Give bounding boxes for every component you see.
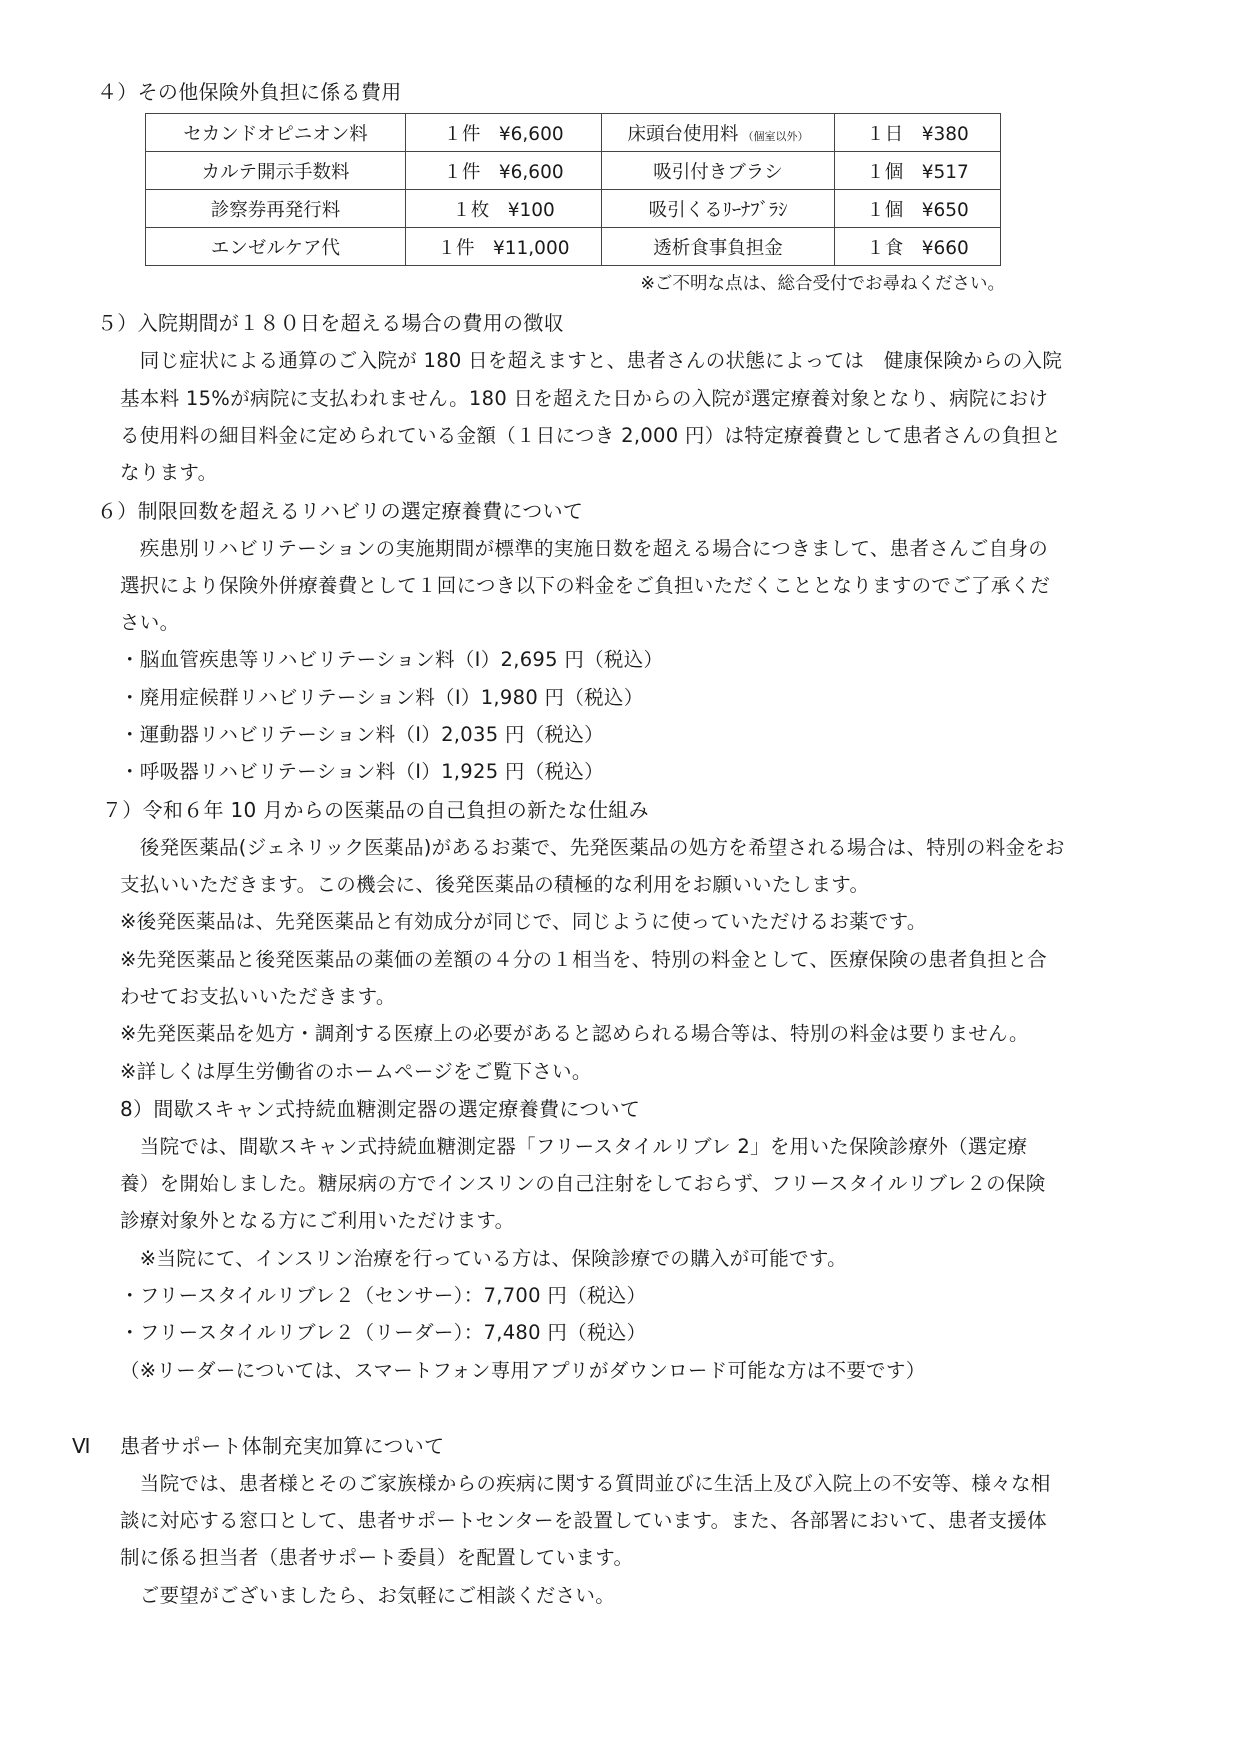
note-line: ※先発医薬品と後発医薬品の薬価の差額の４分の１相当を、特別の料金として、医療保険… <box>120 948 1047 972</box>
paragraph-line: 談に対応する窓口として、患者サポートセンターを設置しています。また、各部署におい… <box>120 1509 1047 1533</box>
fees-table: セカンドオピニオン料 １件 ¥6,600 床頭台使用料（個室以外） １日 ¥38… <box>145 113 1001 266</box>
section-vi-heading: 患者サポート体制充実加算について <box>120 1434 444 1458</box>
table-cell-item: 吸引くるﾘｰﾅﾌﾞﾗｼ <box>602 190 835 228</box>
item-label: 床頭台使用料 <box>627 124 738 145</box>
paragraph-line: 選択により保険外併療養費として１回につき以下の料金をご負担いただくこととなります… <box>120 574 1050 598</box>
table-cell-item: 診察券再発行料 <box>146 190 406 228</box>
section-vi-numeral: Ⅵ <box>72 1434 91 1458</box>
paragraph-line: ご要望がございましたら、お気軽にご相談ください。 <box>120 1584 615 1608</box>
section-4-heading: ４）その他保険外負担に係る費用 <box>97 80 402 104</box>
table-cell-price: １日 ¥380 <box>835 114 1001 152</box>
table-row: エンゼルケア代 １件 ¥11,000 透析食事負担金 １食 ¥660 <box>146 228 1001 266</box>
table-cell-item: 床頭台使用料（個室以外） <box>602 114 835 152</box>
table-cell-item: カルテ開示手数料 <box>146 152 406 190</box>
table-row: カルテ開示手数料 １件 ¥6,600 吸引付きブラシ １個 ¥517 <box>146 152 1001 190</box>
paragraph-line: 基本料 15%が病院に支払われません。180 日を超えた日からの入院が選定療養対… <box>120 387 1048 411</box>
paragraph-line: 当院では、間歇スキャン式持続血糖測定器「フリースタイルリブレ 2」を用いた保険診… <box>120 1135 1027 1159</box>
fee-list-item: ・フリースタイルリブレ２（センサー）：7,700 円（税込） <box>120 1284 646 1308</box>
table-cell-price: １件 ¥6,600 <box>406 152 602 190</box>
paragraph-line: 診療対象外となる方にご利用いただけます。 <box>120 1209 514 1233</box>
table-cell-price: １枚 ¥100 <box>406 190 602 228</box>
table-cell-price: １個 ¥517 <box>835 152 1001 190</box>
paragraph-line: 養）を開始しました。糖尿病の方でインスリンの自己注射をしておらず、フリースタイル… <box>120 1172 1046 1196</box>
paragraph-line: 後発医薬品(ジェネリック医薬品)があるお薬で、先発医薬品の処方を希望される場合は… <box>120 836 1065 860</box>
section-8-heading: 8）間歇スキャン式持続血糖測定器の選定療養費について <box>120 1097 640 1121</box>
table-cell-price: １食 ¥660 <box>835 228 1001 266</box>
note-line: わせてお支払いいただきます。 <box>120 985 396 1009</box>
note-line: ※先発医薬品を処方・調剤する医療上の必要があると認められる場合等は、特別の料金は… <box>120 1022 1029 1046</box>
document-page: ４）その他保険外負担に係る費用 セカンドオピニオン料 １件 ¥6,600 床頭台… <box>0 0 1241 1755</box>
paragraph-line: なります。 <box>120 461 217 485</box>
table-cell-item: 吸引付きブラシ <box>602 152 835 190</box>
table-cell-price: １件 ¥6,600 <box>406 114 602 152</box>
table-cell-price: １件 ¥11,000 <box>406 228 602 266</box>
paragraph-line: 疾患別リハビリテーションの実施期間が標準的実施日数を超える場合につきまして、患者… <box>120 537 1048 561</box>
paragraph-line: 当院では、患者様とそのご家族様からの疾病に関する質問並びに生活上及び入院上の不安… <box>120 1472 1051 1496</box>
paragraph-line: さい。 <box>120 611 179 635</box>
note-line: ※詳しくは厚生労働省のホームページをご覧下さい。 <box>120 1060 592 1084</box>
note-line: ※後発医薬品は、先発医薬品と有効成分が同じで、同じように使っていただけるお薬です… <box>120 910 927 934</box>
table-row: セカンドオピニオン料 １件 ¥6,600 床頭台使用料（個室以外） １日 ¥38… <box>146 114 1001 152</box>
section-7-heading: ７）令和６年 10 月からの医薬品の自己負担の新たな仕組み <box>102 798 649 822</box>
paragraph-line: 同じ症状による通算のご入院が 180 日を超えますと、患者さんの状態によっては … <box>120 349 1062 373</box>
table-row: 診察券再発行料 １枚 ¥100 吸引くるﾘｰﾅﾌﾞﾗｼ １個 ¥650 <box>146 190 1001 228</box>
fee-list-item: ・フリースタイルリブレ２（リーダー）：7,480 円（税込） <box>120 1321 646 1345</box>
table-cell-item: エンゼルケア代 <box>146 228 406 266</box>
note-line: ※当院にて、インスリン治療を行っている方は、保険診療での購入が可能です。 <box>120 1247 847 1271</box>
table-footnote: ※ご不明な点は、総合受付でお尋ねください。 <box>640 273 1005 295</box>
paragraph-line: 支払いいただきます。この機会に、後発医薬品の積極的な利用をお願いいたします。 <box>120 873 869 897</box>
paragraph-line: る使用料の細目料金に定められている金額（１日につき 2,000 円）は特定療養費… <box>120 424 1061 448</box>
note-line: （※リーダーについては、スマートフォン専用アプリがダウンロード可能な方は不要です… <box>120 1359 926 1383</box>
fee-list-item: ・脳血管疾患等リハビリテーション料（Ⅰ）2,695 円（税込） <box>120 648 663 672</box>
table-cell-item: 透析食事負担金 <box>602 228 835 266</box>
section-5-heading: ５）入院期間が１８０日を超える場合の費用の徴収 <box>97 311 564 335</box>
paragraph-line: 制に係る担当者（患者サポート委員）を配置しています。 <box>120 1546 633 1570</box>
table-cell-item: セカンドオピニオン料 <box>146 114 406 152</box>
section-6-heading: ６）制限回数を超えるリハビリの選定療養費について <box>97 499 583 523</box>
fee-list-item: ・運動器リハビリテーション料（Ⅰ）2,035 円（税込） <box>120 723 604 747</box>
table-cell-price: １個 ¥650 <box>835 190 1001 228</box>
fee-list-item: ・廃用症候群リハビリテーション料（Ⅰ）1,980 円（税込） <box>120 686 644 710</box>
fee-list-item: ・呼吸器リハビリテーション料（Ⅰ）1,925 円（税込） <box>120 760 604 784</box>
item-note: （個室以外） <box>743 130 809 143</box>
